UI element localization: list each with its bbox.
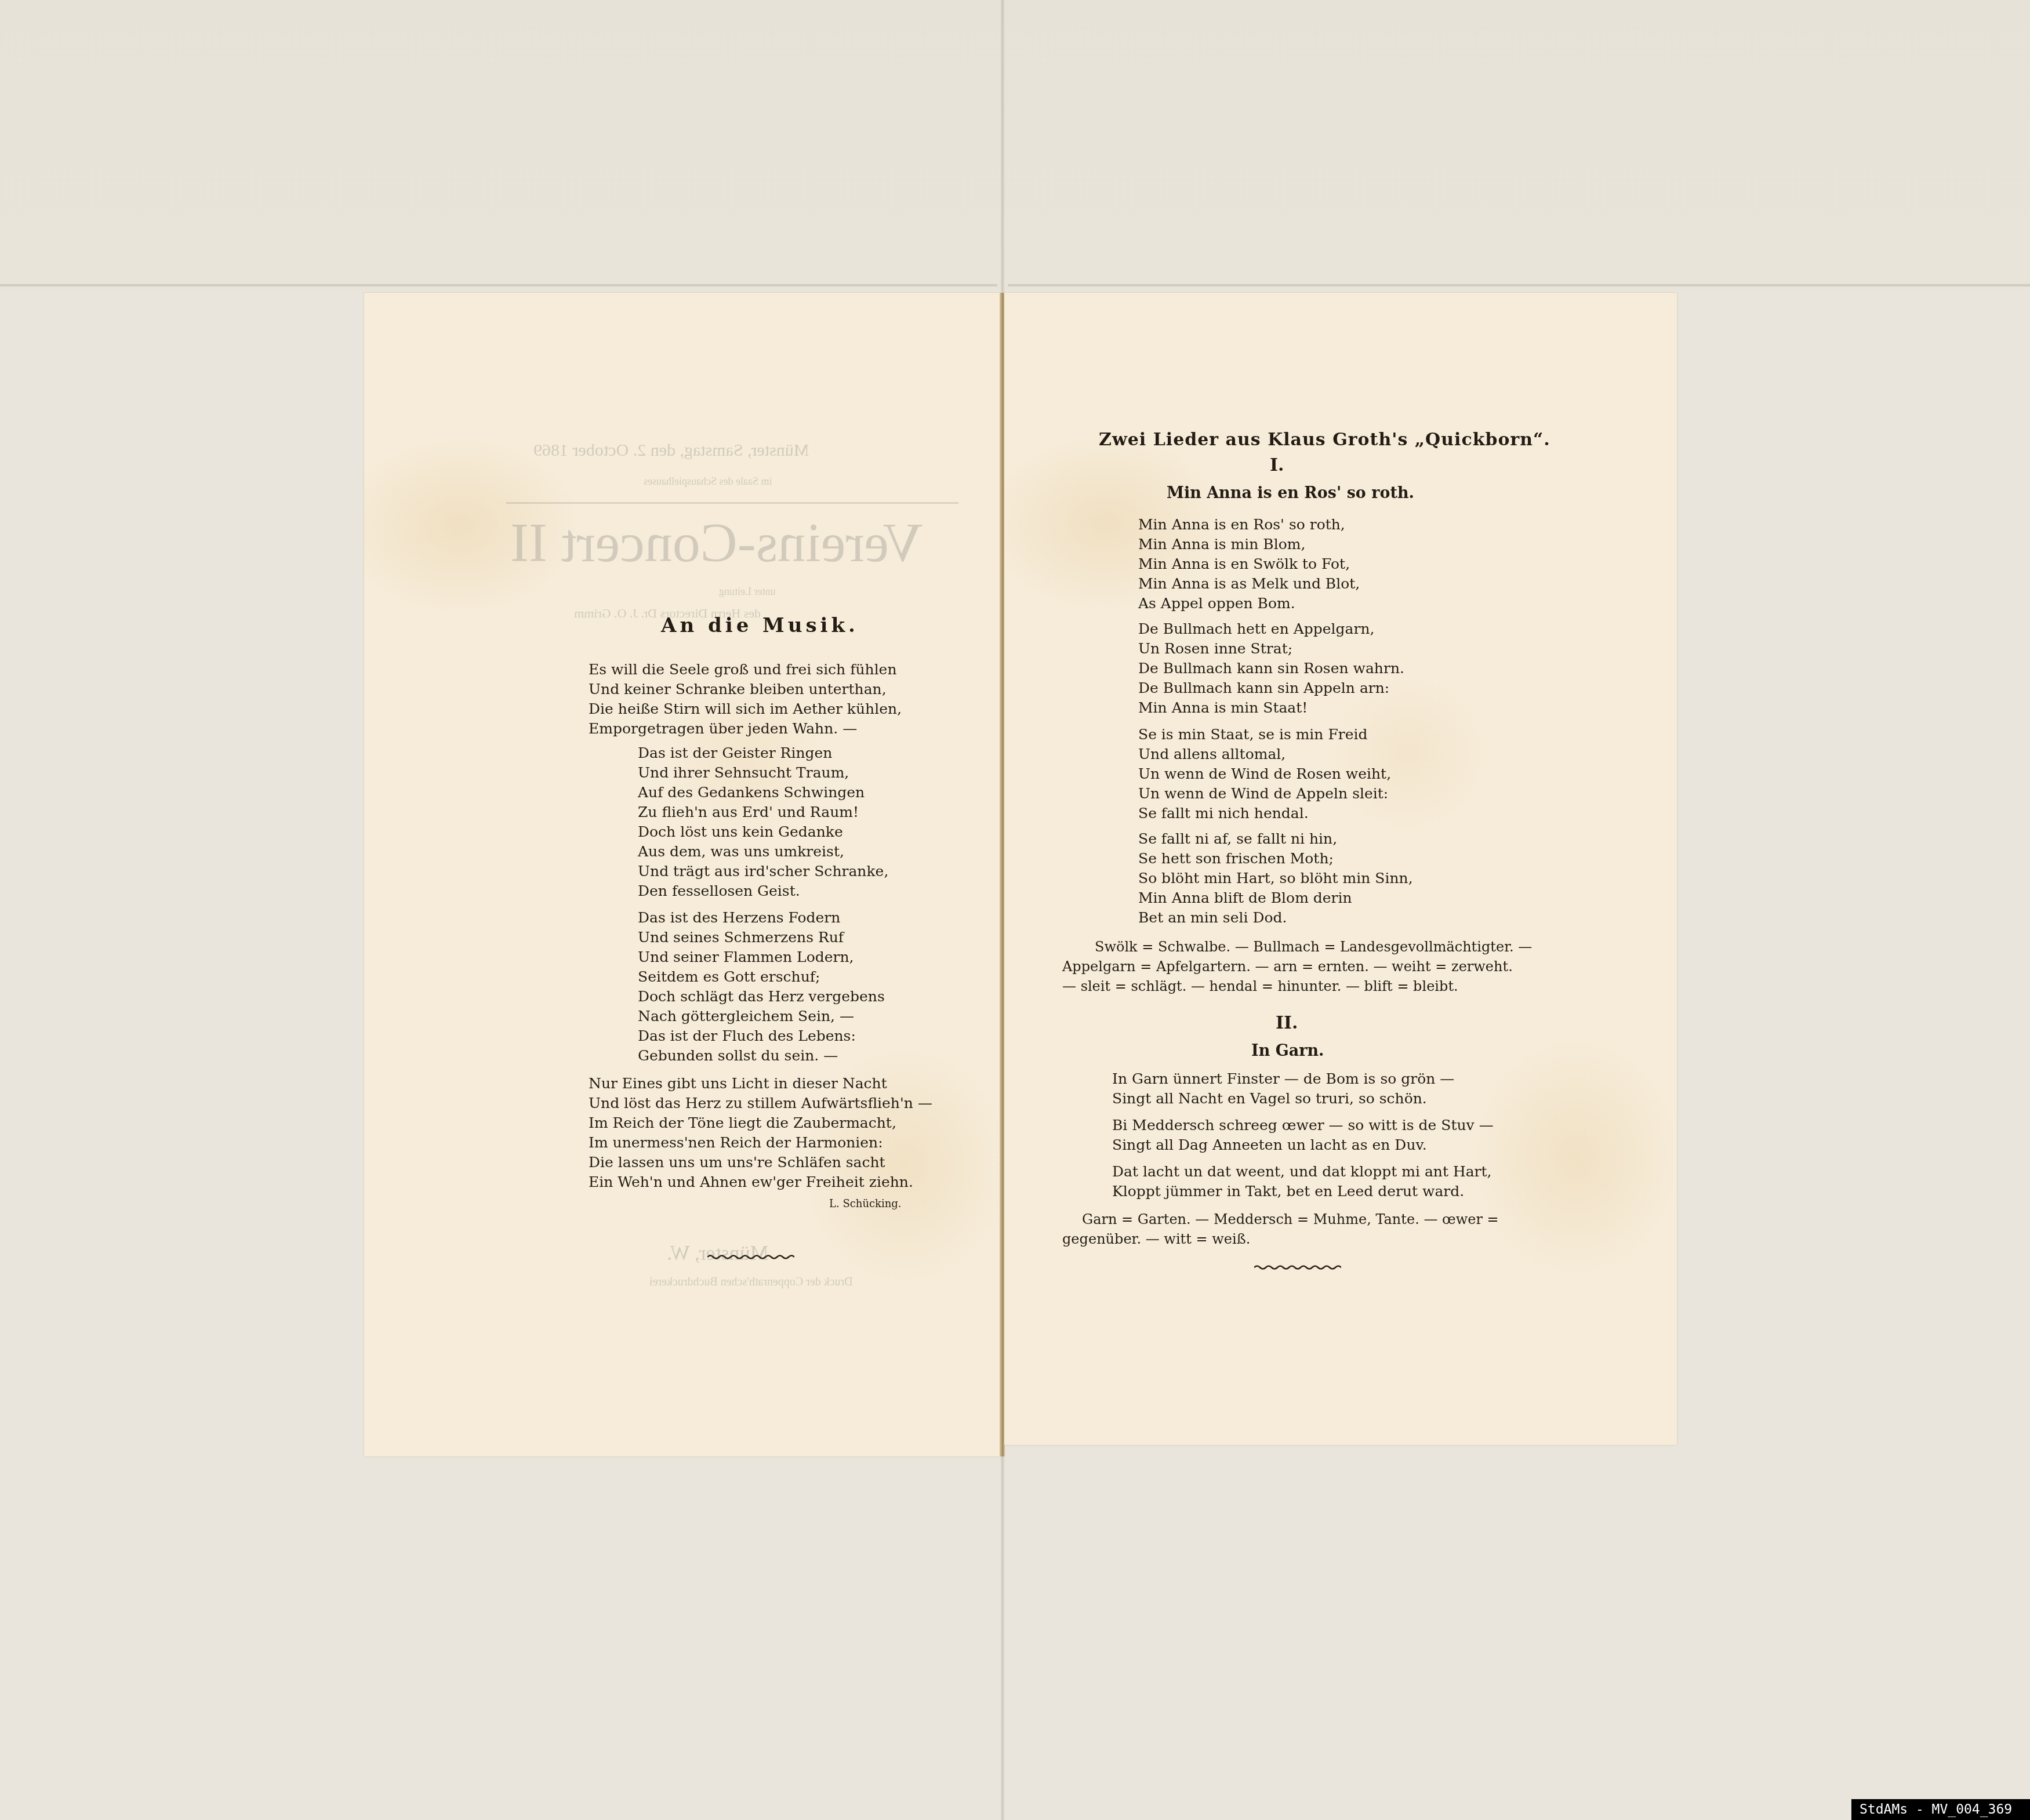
upper-sheet-edge-left (0, 284, 997, 286)
song-line: De Bullmach kann sin Rosen wahrn. (1138, 659, 1404, 678)
song-line: Singt all Nacht en Vagel so truri, so sc… (1112, 1089, 1427, 1109)
song2-title: In Garn. (1251, 1041, 1324, 1061)
song-line: Singt all Dag Anneeten un lacht as en Du… (1112, 1135, 1427, 1155)
poem-line: Den fessellosen Geist. (638, 881, 800, 901)
glossary-line: gegenüber. — witt = weiß. (1062, 1229, 1250, 1249)
song-line: Bi Meddersch schreeg œwer — so witt is d… (1112, 1116, 1494, 1135)
song-line: As Appel oppen Bom. (1138, 594, 1295, 613)
poem-line: Aus dem, was uns umkreist, (638, 842, 844, 862)
archive-label: StdAMs - MV_004_369 (1851, 1799, 2030, 1820)
poem-line: Im unermess'nen Reich der Harmonien: (589, 1133, 883, 1153)
poem-line: Auf des Gedankens Schwingen (638, 783, 865, 802)
song-line: Min Anna is en Ros' so roth, (1138, 515, 1345, 535)
poem-line: Und löst das Herz zu stillem Aufwärtsfli… (589, 1094, 932, 1113)
song-line: Un wenn de Wind de Rosen weiht, (1138, 764, 1391, 784)
poem-line: Zu flieh'n aus Erd' und Raum! (638, 802, 859, 822)
song-line: Un wenn de Wind de Appeln sleit: (1138, 784, 1388, 804)
bleed-through-header: Münster, Samstag, den 2. October 1869 (533, 441, 809, 460)
song-line: Se is min Staat, se is min Freid (1138, 725, 1368, 744)
wavy-ornament-left (707, 1254, 794, 1260)
song-line: Se fallt mi nich hendal. (1138, 804, 1309, 823)
poem-line: Emporgetragen über jeden Wahn. — (589, 719, 857, 739)
poem-line: Und trägt aus ird'scher Schranke, (638, 862, 888, 881)
poem-line: Im Reich der Töne liegt die Zaubermacht, (589, 1113, 896, 1133)
poem-line: Und ihrer Sehnsucht Traum, (638, 763, 849, 783)
song-line: In Garn ünnert Finster — de Bom is so gr… (1112, 1069, 1454, 1089)
poem-line: Ein Weh'n und Ahnen ew'ger Freiheit zieh… (589, 1172, 913, 1192)
poem-line: Seitdem es Gott erschuf; (638, 967, 820, 987)
song2-number: II. (1276, 1013, 1298, 1033)
wavy-ornament-right (1254, 1264, 1341, 1271)
poem-line: Nach göttergleichem Sein, — (638, 1007, 854, 1026)
song-line: Se fallt ni af, se fallt ni hin, (1138, 829, 1337, 849)
glossary-line: Swölk = Schwalbe. — Bullmach = Landesgev… (1095, 937, 1532, 957)
song-line: Se hett son frischen Moth; (1138, 849, 1334, 869)
song-line: De Bullmach hett en Appelgarn, (1138, 619, 1374, 639)
song-line: De Bullmach kann sin Appeln arn: (1138, 678, 1389, 698)
poem-line: Das ist des Herzens Fodern (638, 908, 840, 928)
poem-line: Doch löst uns kein Gedanke (638, 822, 843, 842)
song-line: Un Rosen inne Strat; (1138, 639, 1292, 659)
poem-author: L. Schücking. (829, 1194, 902, 1214)
glossary-line: Garn = Garten. — Meddersch = Muhme, Tant… (1082, 1209, 1499, 1229)
song-line: Min Anna is as Melk und Blot, (1138, 574, 1360, 594)
bleed-through-note1: unter Leitung (719, 586, 775, 598)
song-line: Dat lacht un dat weent, und dat kloppt m… (1112, 1162, 1492, 1182)
song-line: Kloppt jümmer in Takt, bet en Leed derut… (1112, 1182, 1464, 1201)
bleed-through-rule (506, 502, 958, 504)
poem-line: Und keiner Schranke bleiben unterthan, (589, 680, 887, 699)
poem-line: Das ist der Geister Ringen (638, 743, 832, 763)
song-line: Min Anna is min Staat! (1138, 698, 1308, 718)
bleed-through-subheader: im Saale des Schauspielhauses (644, 475, 772, 488)
poem-line: Es will die Seele groß und frei sich füh… (589, 660, 897, 680)
poem-line: Gebunden sollst du sein. — (638, 1046, 838, 1066)
glossary-line: — sleit = schlägt. — hendal = hinunter. … (1062, 976, 1458, 996)
bleed-through-footer1: Münster, W. (667, 1241, 769, 1265)
poem-line: Die lassen uns um uns're Schläfen sacht (589, 1153, 885, 1172)
song-line: Und allens alltomal, (1138, 744, 1285, 764)
songs-title: Zwei Lieder aus Klaus Groth's „Quickborn… (1099, 430, 1550, 450)
song-line: Min Anna is min Blom, (1138, 535, 1305, 554)
poem-line: Nur Eines gibt uns Licht in dieser Nacht (589, 1074, 887, 1094)
poem-title: An die Musik. (661, 616, 859, 635)
song-line: Min Anna is en Swölk to Fot, (1138, 554, 1350, 574)
mounting-board (0, 0, 2030, 290)
bleed-through-title: Vereins-Concert II (510, 510, 923, 575)
poem-line: Die heiße Stirn will sich im Aether kühl… (589, 699, 902, 719)
bleed-through-footer2: Druck der Coppenrath'schen Buchdruckerei (649, 1276, 853, 1289)
song-line: Min Anna blift de Blom derin (1138, 888, 1352, 908)
poem-line: Und seiner Flammen Lodern, (638, 947, 854, 967)
song-line: So blöht min Hart, so blöht min Sinn, (1138, 869, 1413, 888)
song-line: Bet an min seli Dod. (1138, 908, 1287, 928)
poem-line: Doch schlägt das Herz vergebens (638, 987, 885, 1007)
song1-title: Min Anna is en Ros' so roth. (1167, 484, 1414, 503)
poem-line: Das ist der Fluch des Lebens: (638, 1026, 856, 1046)
upper-sheet-edge-right (1008, 284, 2030, 286)
glossary-line: Appelgarn = Apfelgartern. — arn = ernten… (1062, 957, 1513, 976)
song1-number: I. (1270, 456, 1284, 475)
poem-line: Und seines Schmerzens Ruf (638, 928, 844, 947)
